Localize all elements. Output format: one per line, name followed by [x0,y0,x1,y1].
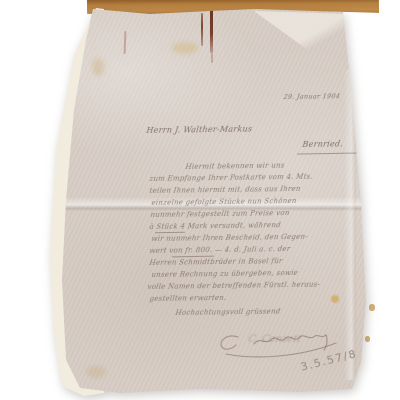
stain [331,295,339,303]
date-line: 29. Januar 1904 [283,92,341,101]
body-line: unsere Rechnung zu übergeben, sowie [151,269,299,279]
red-ink-mark [211,53,213,63]
signature-text: C. Conzett [247,334,302,345]
body-line: gestellten erwarten. [149,294,227,303]
body-line: nunmehr festgestellt zum Preise von [150,209,290,219]
body-line: wir nunmehr Ihren Bescheid, den Gegen- [151,233,308,243]
body-line: Hiermit bekennen wir uns [185,162,285,171]
paper-wrapper: 29. Januar 1904 Herrn J. Walther-Markus … [0,0,400,400]
body-line: teilen Ihnen hiermit mit, dass aus Ihren [149,185,301,195]
body-line: zum Empfange Ihrer Postkarte vom 4. Mts. [149,173,313,183]
stain [172,42,198,54]
body-line: wert von fr. 800. — 4. d. Juli a. c. der [149,245,291,255]
stain [86,366,106,378]
faint-ink-mark [124,31,126,54]
closing-line: Hochachtungsvoll grüssend [175,308,281,317]
body-underline [172,256,214,258]
body-line: volle Namen der betreffenden Fürstl. her… [147,281,321,291]
red-ink-mark [210,4,213,53]
red-ink-mark [201,13,203,46]
recipient-city: Bernried. [302,139,344,149]
body-underline [155,232,185,234]
recipient-name: Herrn J. Walther-Markus [146,125,253,135]
body-line: à Stück 4 Mark versandt, während [149,221,281,231]
body-line: Herren Schmidtbrüder in Basel für [149,257,283,267]
corner-fold-top-right [250,9,354,85]
stain [92,58,104,76]
letter-photograph: 29. Januar 1904 Herrn J. Walther-Markus … [0,0,400,400]
